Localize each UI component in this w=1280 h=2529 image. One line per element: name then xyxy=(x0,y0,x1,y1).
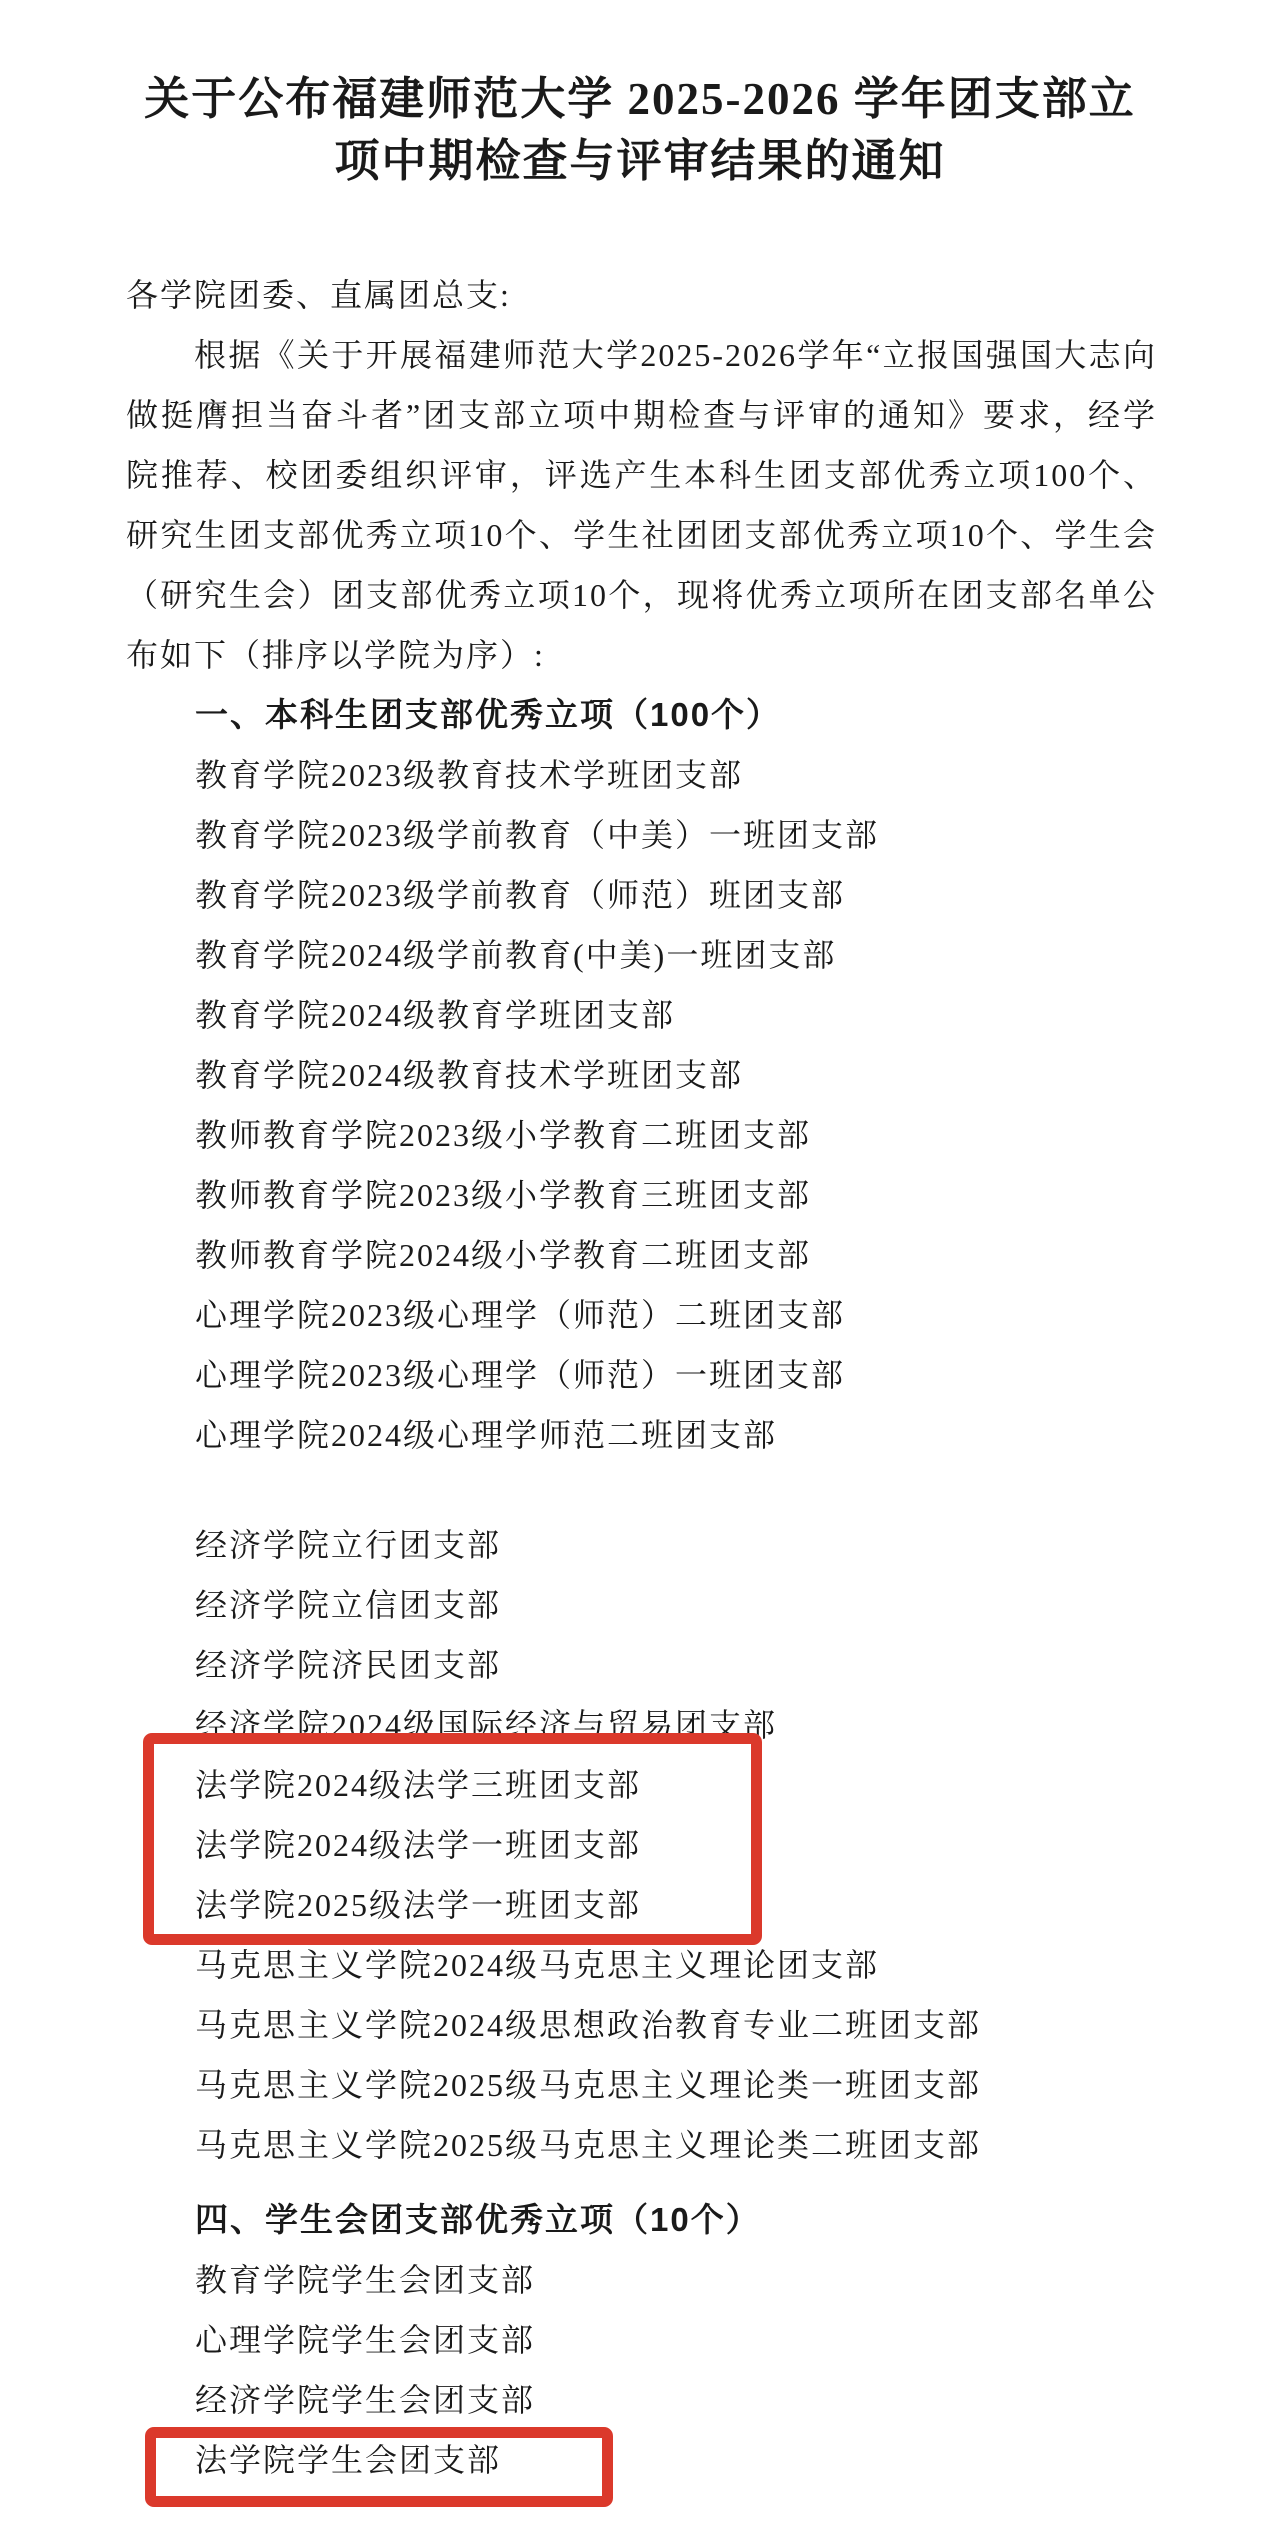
highlight-box-law-school-student-union xyxy=(145,2427,613,2507)
highlight-box-law-school-items xyxy=(143,1733,762,1945)
salutation: 各学院团委、直属团总支: xyxy=(126,265,1280,325)
list-item: 教育学院2024级教育学班团支部 xyxy=(195,985,1280,1045)
notice-document: 关于公布福建师范大学 2025-2026 学年团支部立 项中期检查与评审结果的通… xyxy=(0,0,1280,2529)
list-item: 马克思主义学院2025级马克思主义理论类二班团支部 xyxy=(195,2115,1280,2175)
title-line-1: 关于公布福建师范大学 2025-2026 学年团支部立 xyxy=(0,68,1280,130)
list-item: 心理学院2024级心理学师范二班团支部 xyxy=(195,1405,1280,1465)
list-gap xyxy=(0,1465,1280,1515)
list-item: 马克思主义学院2024级思想政治教育专业二班团支部 xyxy=(195,1995,1280,2055)
list-item: 教师教育学院2023级小学教育二班团支部 xyxy=(195,1105,1280,1165)
intro-paragraph: 根据《关于开展福建师范大学2025-2026学年“立报国强国大志向做挺膺担当奋斗… xyxy=(126,325,1157,685)
list-item: 教师教育学院2024级小学教育二班团支部 xyxy=(195,1225,1280,1285)
list-item: 教育学院2024级教育技术学班团支部 xyxy=(195,1045,1280,1105)
page-title: 关于公布福建师范大学 2025-2026 学年团支部立 项中期检查与评审结果的通… xyxy=(0,0,1280,192)
list-item: 教育学院2024级学前教育(中美)一班团支部 xyxy=(195,925,1280,985)
section-1-heading: 一、本科生团支部优秀立项（100个） xyxy=(195,685,1280,745)
section-2-heading: 四、学生会团支部优秀立项（10个） xyxy=(195,2190,1280,2250)
list-item: 教育学院2023级学前教育（师范）班团支部 xyxy=(195,865,1280,925)
list-item: 经济学院立信团支部 xyxy=(195,1575,1280,1635)
list-item: 经济学院学生会团支部 xyxy=(195,2370,1280,2430)
list-item: 教师教育学院2023级小学教育三班团支部 xyxy=(195,1165,1280,1225)
list-item: 心理学院2023级心理学（师范）二班团支部 xyxy=(195,1285,1280,1345)
list-item: 教育学院学生会团支部 xyxy=(195,2250,1280,2310)
list-item: 经济学院济民团支部 xyxy=(195,1635,1280,1695)
list-item: 心理学院学生会团支部 xyxy=(195,2310,1280,2370)
list-item: 教育学院2023级教育技术学班团支部 xyxy=(195,745,1280,805)
title-line-2: 项中期检查与评审结果的通知 xyxy=(0,130,1280,192)
list-item: 心理学院2023级心理学（师范）一班团支部 xyxy=(195,1345,1280,1405)
list-item: 经济学院立行团支部 xyxy=(195,1515,1280,1575)
list-item: 教育学院2023级学前教育（中美）一班团支部 xyxy=(195,805,1280,865)
list-item: 马克思主义学院2025级马克思主义理论类一班团支部 xyxy=(195,2055,1280,2115)
